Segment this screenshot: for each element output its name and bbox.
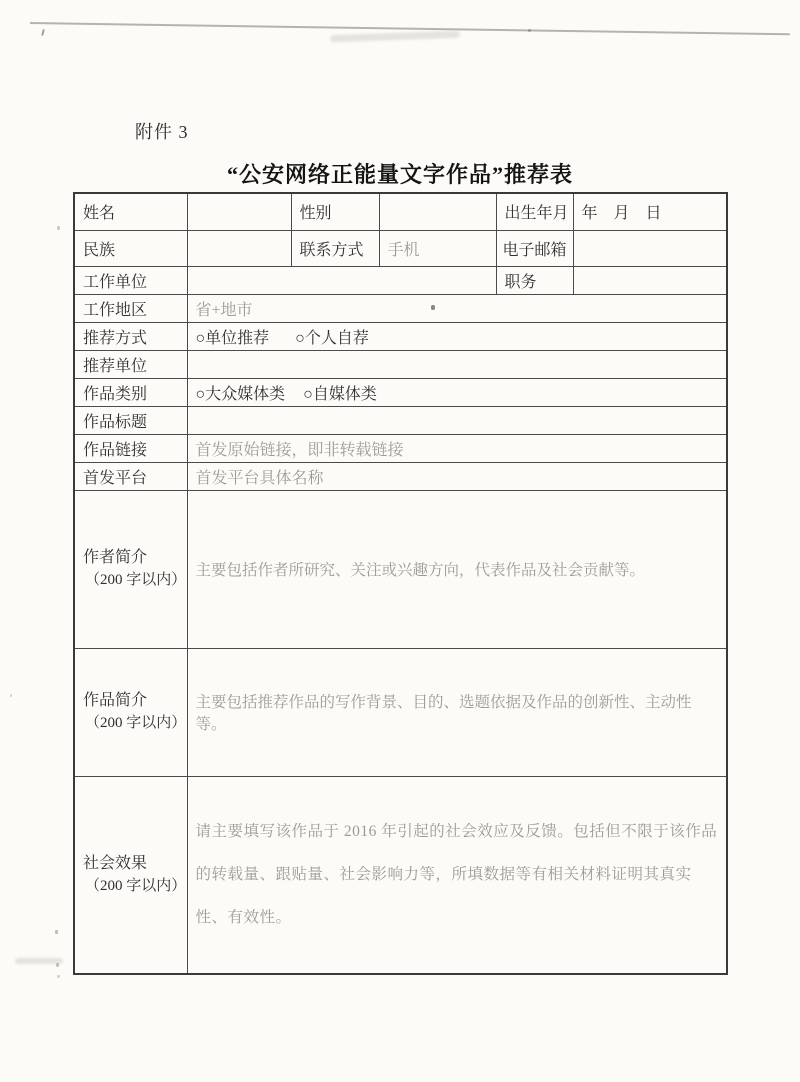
work-intro-label-cell: 作品简介 （200 字以内）: [74, 648, 187, 776]
row-work-intro: 作品简介 （200 字以内） 主要包括推荐作品的写作背景、目的、选题依据及作品的…: [74, 648, 727, 776]
row-name-gender-birth: 姓名 性别 出生年月 年 月 日: [74, 193, 727, 230]
scan-speck: [57, 226, 60, 230]
work-link-value-cell: 首发原始链接，即非转载链接: [187, 434, 727, 462]
birth-label: 出生年月: [496, 193, 573, 230]
row-work-category: 作品类别 ○大众媒体类○自媒体类: [74, 378, 727, 406]
work-unit-label: 工作单位: [74, 266, 187, 294]
row-work-link: 作品链接 首发原始链接，即非转载链接: [74, 434, 727, 462]
author-bio-label: 作者简介: [83, 547, 181, 569]
row-work-title: 作品标题: [74, 406, 727, 434]
row-recommend-unit: 推荐单位: [74, 350, 727, 378]
scan-speck: [56, 963, 59, 967]
work-intro-label-note: （200 字以内）: [83, 712, 181, 734]
first-platform-value-cell: 首发平台具体名称: [187, 462, 727, 490]
option-self-recommend: ○个人自荐: [295, 330, 369, 347]
social-effect-label: 社会效果: [83, 853, 181, 875]
work-title-label: 作品标题: [74, 406, 187, 434]
row-workunit-position: 工作单位 职务: [74, 266, 727, 294]
gender-label: 性别: [291, 193, 379, 230]
birth-value-cell: 年 月 日: [573, 193, 727, 230]
author-bio-label-cell: 作者简介 （200 字以内）: [74, 490, 187, 648]
scan-speck: [55, 930, 58, 934]
work-category-label: 作品类别: [74, 378, 187, 406]
option-unit-recommend: ○单位推荐: [196, 330, 270, 347]
name-value-cell: [187, 193, 291, 230]
row-work-region: 工作地区 省+地市: [74, 294, 727, 322]
name-label: 姓名: [74, 193, 187, 230]
form-title: “公安网络正能量文字作品”推荐表: [0, 158, 800, 189]
contact-label: 联系方式: [291, 230, 379, 266]
gender-value-cell: [379, 193, 496, 230]
work-intro-label: 作品简介: [83, 690, 181, 712]
recommendation-form-table: 姓名 性别 出生年月 年 月 日 民族 联系方式 手机 电子邮箱 工作单位 职务: [73, 192, 728, 975]
recommend-unit-value-cell: [187, 350, 727, 378]
social-effect-label-cell: 社会效果 （200 字以内）: [74, 776, 187, 974]
scan-speck: [10, 694, 12, 697]
work-title-value-cell: [187, 406, 727, 434]
scan-speck: [41, 29, 45, 36]
ethnicity-value-cell: [187, 230, 291, 266]
scan-smudge: [330, 31, 460, 43]
email-value-cell: [573, 230, 727, 266]
recommend-method-label: 推荐方式: [74, 322, 187, 350]
ethnicity-label: 民族: [74, 230, 187, 266]
email-label: 电子邮箱: [496, 230, 573, 266]
recommend-unit-label: 推荐单位: [74, 350, 187, 378]
scan-speck: [528, 29, 531, 32]
work-unit-value-cell: [187, 266, 496, 294]
contact-value-cell: 手机: [379, 230, 496, 266]
position-value-cell: [573, 266, 727, 294]
work-link-label: 作品链接: [74, 434, 187, 462]
work-intro-value-cell: 主要包括推荐作品的写作背景、目的、选题依据及作品的创新性、主动性等。: [187, 648, 727, 776]
position-label: 职务: [496, 266, 573, 294]
row-recommend-method: 推荐方式 ○单位推荐○个人自荐: [74, 322, 727, 350]
recommend-method-options-cell: ○单位推荐○个人自荐: [187, 322, 727, 350]
option-self-media: ○自媒体类: [303, 386, 377, 403]
scanned-page: 附件 3 “公安网络正能量文字作品”推荐表 姓名 性别 出生年月 年 月 日 民…: [0, 0, 800, 1082]
option-mass-media: ○大众媒体类: [196, 386, 286, 403]
work-region-value-cell: 省+地市: [187, 294, 727, 322]
attachment-label: 附件 3: [135, 118, 189, 144]
row-author-bio: 作者简介 （200 字以内） 主要包括作者所研究、关注或兴趣方向，代表作品及社会…: [74, 490, 727, 648]
author-bio-label-note: （200 字以内）: [83, 569, 181, 591]
scan-speck: [57, 975, 60, 978]
work-region-label: 工作地区: [74, 294, 187, 322]
row-social-effect: 社会效果 （200 字以内） 请主要填写该作品于 2016 年引起的社会效应及反…: [74, 776, 727, 974]
row-ethnicity-contact-email: 民族 联系方式 手机 电子邮箱: [74, 230, 727, 266]
author-bio-value-cell: 主要包括作者所研究、关注或兴趣方向，代表作品及社会贡献等。: [187, 490, 727, 648]
social-effect-label-note: （200 字以内）: [83, 875, 181, 897]
row-first-platform: 首发平台 首发平台具体名称: [74, 462, 727, 490]
first-platform-label: 首发平台: [74, 462, 187, 490]
work-category-options-cell: ○大众媒体类○自媒体类: [187, 378, 727, 406]
social-effect-value-cell: 请主要填写该作品于 2016 年引起的社会效应及反馈。包括但不限于该作品的转载量…: [187, 776, 727, 974]
